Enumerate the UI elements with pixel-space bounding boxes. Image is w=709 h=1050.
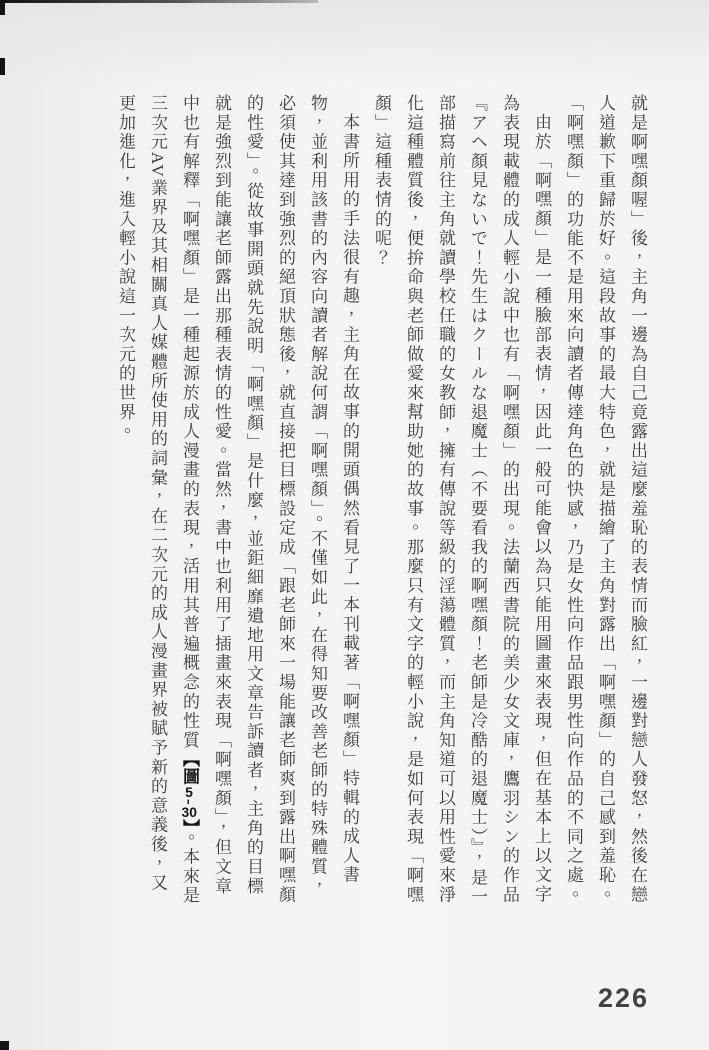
figure-reference-open: 【圖 — [180, 750, 199, 785]
book-page: 就是啊嘿顏喔」後，主角一邊為自己竟露出這麼羞恥的表情而臉紅，一邊對戀人發怒，然後… — [0, 0, 709, 1050]
paragraph-2-text: 由於「啊嘿顏」是一種臉部表情，因此一般可能會以為只能用圖畫來表現，但在基本上以文… — [372, 94, 551, 907]
scan-artifact-left-edge — [0, 58, 5, 75]
vertical-text-block: 就是啊嘿顏喔」後，主角一邊為自己竟露出這麼羞恥的表情而臉紅，一邊對戀人發怒，然後… — [109, 94, 653, 912]
scan-artifact-bottom-left-corner — [0, 1041, 9, 1050]
scan-artifact-top-edge — [0, 0, 318, 3]
figure-reference-number-bottom: 30 — [181, 805, 197, 819]
paragraph-3: 本書所用的手法很有趣，主角在故事的開頭偶然看見了一本刊載著「啊嘿顏」特輯的成人書… — [109, 94, 365, 912]
paragraph-1-text: 就是啊嘿顏喔」後，主角一邊為自己竟露出這麼羞恥的表情而臉紅，一邊對戀人發怒，然後… — [564, 94, 647, 905]
paragraph-2: 由於「啊嘿顏」是一種臉部表情，因此一般可能會以為只能用圖畫來表現，但在基本上以文… — [365, 94, 557, 912]
figure-reference-number-top: 5 — [181, 785, 197, 799]
scan-artifact-top-left-corner — [0, 0, 5, 15]
paragraph-3-text-pre: 本書所用的手法很有趣，主角在故事的開頭偶然看見了一本刊載著「啊嘿顏」特輯的成人書… — [180, 94, 359, 905]
paragraph-1: 就是啊嘿顏喔」後，主角一邊為自己竟露出這麼羞恥的表情而臉紅，一邊對戀人發怒，然後… — [557, 94, 653, 912]
figure-reference: 【圖5-30】 — [180, 750, 199, 828]
page-number: 226 — [598, 983, 649, 1014]
